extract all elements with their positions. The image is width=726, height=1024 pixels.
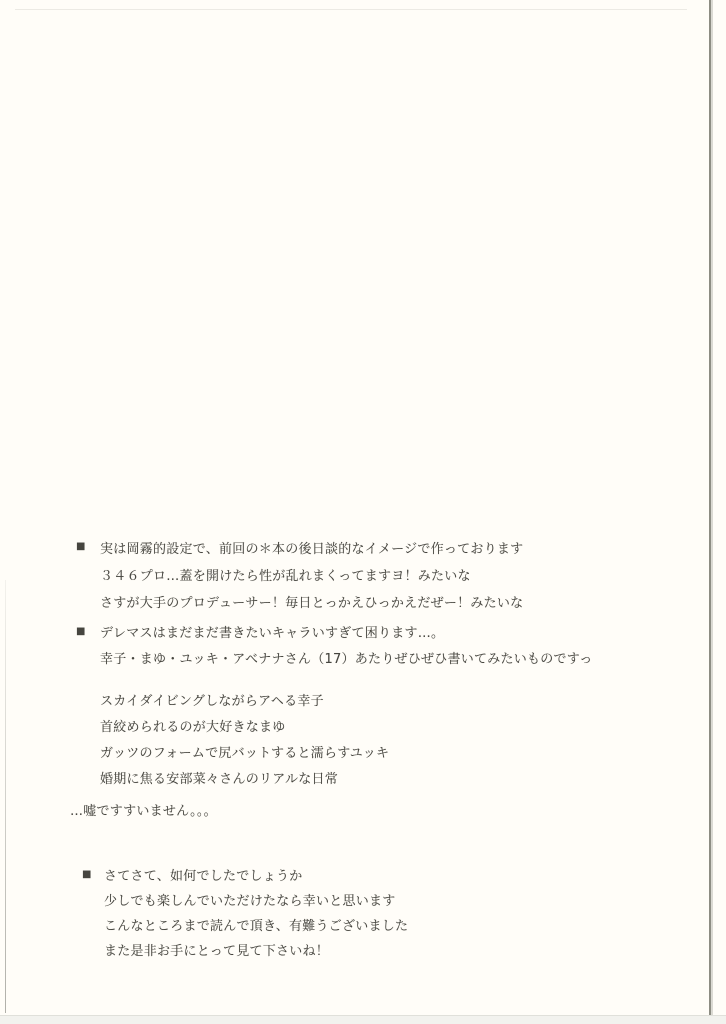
text-line: また是非お手にとって見て下さいね！: [104, 939, 408, 964]
apology-line: …嘘ですすいません。。。: [70, 803, 217, 821]
scanned-afterword-page: ■ 実は岡霧的設定で、前回の＊本の後日談的なイメージで作っております ３４６プロ…: [0, 0, 726, 1024]
text-line: 少しでも楽しんでいただけたなら幸いと思います: [104, 889, 408, 914]
text-line: …嘘ですすいません。。。: [70, 803, 217, 821]
scan-edge-right: [709, 0, 711, 1016]
scan-edge-left: [5, 580, 6, 1013]
text-line: 実は岡霧的設定で、前回の＊本の後日談的なイメージで作っております: [100, 536, 523, 563]
text-line: デレマスはまだまだ書きたいキャラいすぎて困ります…。: [100, 621, 592, 647]
afterword-paragraph-1: 実は岡霧的設定で、前回の＊本の後日談的なイメージで作っております ３４６プロ…蓋…: [100, 536, 523, 617]
text-line: こんなところまで読んで頂き、有難うございました: [104, 914, 408, 939]
scan-edge-top: [15, 9, 687, 10]
text-line: ３４６プロ…蓋を開けたら性が乱れまくってますヨ！みたいな: [100, 563, 523, 590]
square-bullet-icon: ■: [76, 542, 85, 552]
text-line: さすが大手のプロデューサー！毎日とっかえひっかえだぜー！みたいな: [100, 590, 523, 617]
square-bullet-icon: ■: [76, 627, 85, 637]
square-bullet-icon: ■: [82, 870, 91, 880]
afterword-paragraph-2: デレマスはまだまだ書きたいキャラいすぎて困ります…。 幸子・まゆ・ユッキ・アベナ…: [100, 621, 592, 673]
text-line: 幸子・まゆ・ユッキ・アベナナさん（17）あたりぜひぜひ書いてみたいものですっ: [100, 647, 592, 673]
text-line: さてさて、如何でしたでしょうか: [104, 864, 408, 889]
text-line: 首絞められるのが大好きなまゆ: [100, 715, 389, 741]
text-line: ガッツのフォームで尻バットすると濡らすユッキ: [100, 741, 389, 767]
afterword-closing-paragraph: さてさて、如何でしたでしょうか 少しでも楽しんでいただけたなら幸いと思います こ…: [104, 864, 408, 964]
text-line: スカイダイビングしながらアヘる幸子: [100, 689, 389, 715]
scan-edge-bottom: [0, 1015, 726, 1024]
afterword-idea-list: スカイダイビングしながらアヘる幸子 首絞められるのが大好きなまゆ ガッツのフォー…: [100, 689, 389, 793]
text-line: 婚期に焦る安部菜々さんのリアルな日常: [100, 767, 389, 793]
